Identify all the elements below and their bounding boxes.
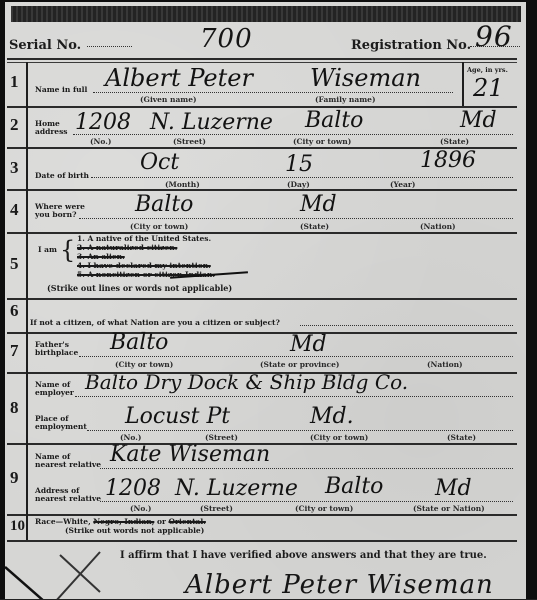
row-number-7: 7: [10, 341, 19, 361]
home-city-caption: (City or town): [293, 137, 351, 146]
place-no-caption: (No.): [120, 433, 141, 442]
father-city-value: Balto: [110, 330, 168, 355]
rule: [7, 189, 517, 191]
father-nation-caption: (Nation): [427, 360, 463, 369]
relative-no-caption: (No.): [130, 504, 151, 513]
given-name-value: Albert Peter: [105, 64, 253, 92]
dob-label: Date of birth: [35, 172, 89, 180]
father-state-value: Md: [290, 332, 327, 357]
dob-day-value: 15: [285, 152, 313, 177]
race-prefix: Race—White,: [35, 517, 93, 526]
i-am-label: I am: [38, 246, 57, 254]
family-name-value: Wiseman: [310, 64, 421, 92]
dob-month-value: Oct: [140, 150, 179, 175]
rule: [7, 298, 517, 300]
home-state-caption: (State): [440, 137, 469, 146]
rule: [7, 106, 517, 108]
race-or: or: [154, 517, 168, 526]
age-label: Age, in yrs.: [467, 66, 508, 74]
father-city-caption: (City or town): [115, 360, 173, 369]
signature: Albert Peter Wiseman: [185, 570, 494, 600]
birthplace-dots: [79, 218, 513, 219]
nationality-question: If not a citizen, of what Nation are you…: [30, 318, 280, 327]
employer-label-2: employer: [35, 389, 74, 397]
relative-state-value: Md: [435, 476, 472, 501]
strike-out-note: (Strike out lines or words not applicabl…: [47, 283, 232, 293]
x-mark-icon: [5, 547, 115, 600]
dob-day-caption: (Day): [287, 180, 310, 189]
citizenship-option-4: 4. I have declared my intention.: [77, 261, 211, 270]
race-line: Race—White, Negro, Indian, or Oriental.: [35, 517, 206, 526]
dob-year-value: 1896: [420, 148, 476, 173]
home-state-value: Md: [460, 108, 497, 133]
father-birthplace-label-2: birthplace: [35, 349, 78, 357]
registration-card: Serial No. 700 Registration No. 96 1 Nam…: [5, 2, 526, 600]
registration-label: Registration No.: [351, 38, 471, 53]
birth-city-caption: (City or town): [130, 222, 188, 231]
rule: [7, 62, 517, 63]
serial-dots: [87, 46, 132, 47]
place-street-value: Locust Pt: [125, 404, 230, 429]
birth-state-caption: (State): [300, 222, 329, 231]
citizenship-option-1: 1. A native of the United States.: [77, 234, 211, 243]
relative-street-caption: (Street): [200, 504, 233, 513]
birth-state-value: Md: [300, 192, 337, 217]
rule: [7, 514, 517, 516]
nationality-dots: [300, 325, 513, 326]
home-address-label-2: address: [35, 128, 68, 136]
relative-dots: [100, 468, 513, 469]
top-black-bar: [11, 6, 521, 22]
dob-year-caption: (Year): [390, 180, 415, 189]
rule: [7, 540, 517, 542]
serial-value: 700: [200, 24, 253, 54]
brace: {: [60, 236, 75, 264]
relative-label-2: nearest relative: [35, 461, 101, 469]
citizenship-option-2: 2. A naturalized citizen.: [77, 243, 177, 252]
rule: [7, 58, 517, 60]
serial-label: Serial No.: [9, 38, 81, 53]
registration-value: 96: [475, 20, 513, 53]
home-address-dots: [73, 134, 513, 135]
place-street-caption: (Street): [205, 433, 238, 442]
row-number-8: 8: [10, 398, 19, 418]
relative-no-value: 1208: [105, 476, 161, 501]
name-dots: [93, 92, 453, 93]
row-number-2: 2: [10, 115, 19, 135]
number-column-divider: [26, 62, 28, 540]
row-number-5: 5: [10, 254, 19, 274]
employer-dots: [75, 396, 513, 397]
row-number-3: 3: [10, 158, 19, 178]
age-value: 21: [473, 74, 504, 102]
dob-month-caption: (Month): [165, 180, 200, 189]
relative-city-value: Balto: [325, 474, 383, 499]
relative-address-dots: [100, 501, 513, 502]
age-box-divider: [462, 62, 464, 106]
given-name-caption: (Given name): [140, 95, 197, 104]
row-number-9: 9: [10, 468, 19, 488]
dob-dots: [91, 177, 513, 178]
place-label-2: employment: [35, 423, 87, 431]
place-dots: [87, 430, 513, 431]
home-no-value: 1208: [75, 110, 131, 135]
home-street-value: N. Luzerne: [150, 110, 273, 135]
relative-address-label-2: nearest relative: [35, 495, 101, 503]
father-state-caption: (State or province): [260, 360, 339, 369]
place-state-value: Md.: [310, 404, 354, 429]
family-name-caption: (Family name): [315, 95, 376, 104]
place-state-caption: (State): [447, 433, 476, 442]
birthplace-label-2: you born?: [35, 211, 76, 219]
birth-city-value: Balto: [135, 192, 193, 217]
rule: [7, 332, 517, 334]
relative-city-caption: (City or town): [295, 504, 353, 513]
home-no-caption: (No.): [90, 137, 111, 146]
race-struck-1: Negro, Indian,: [93, 517, 154, 526]
citizenship-option-3: 3. An alien.: [77, 252, 125, 261]
row-number-10: 10: [10, 518, 25, 535]
row-number-1: 1: [10, 72, 19, 92]
relative-value: Kate Wiseman: [110, 442, 270, 467]
relative-street-value: N. Luzerne: [175, 476, 298, 501]
row-number-6: 6: [10, 301, 19, 321]
home-street-caption: (Street): [173, 137, 206, 146]
row-number-4: 4: [10, 200, 19, 220]
relative-state-caption: (State or Nation): [413, 504, 485, 513]
place-city-caption: (City or town): [310, 433, 368, 442]
race-struck-2: Oriental.: [169, 517, 206, 526]
employer-value: Balto Dry Dock & Ship Bldg Co.: [85, 370, 408, 394]
home-city-value: Balto: [305, 108, 363, 133]
name-label: Name in full: [35, 86, 87, 94]
race-note: (Strike out words not applicable): [65, 526, 204, 535]
affirmation-text: I affirm that I have verified above answ…: [120, 550, 487, 561]
birth-nation-caption: (Nation): [420, 222, 456, 231]
